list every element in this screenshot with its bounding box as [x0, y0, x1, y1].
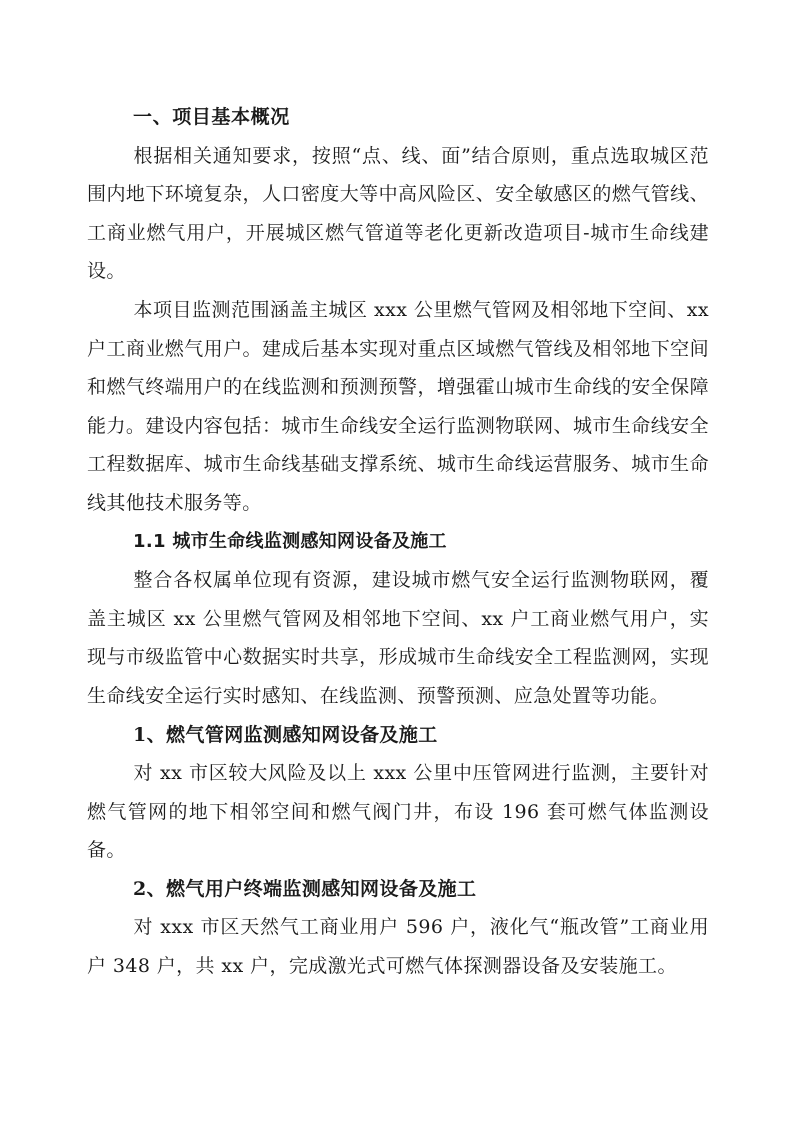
paragraph-scope: 本项目监测范围涵盖主城区 xxx 公里燃气管网及相邻地下空间、xx 户工商业燃气…	[87, 291, 709, 523]
paragraph-background: 根据相关通知要求，按照“点、线、面”结合原则，重点选取城区范围内地下环境复杂，人…	[87, 137, 709, 291]
item-body-user-terminal: 对 xxx 市区天然气工商业用户 596 户，液化气“瓶改管”工商业用户 348…	[87, 908, 709, 985]
item-body-pipeline: 对 xx 市区较大风险及以上 xxx 公里中压管网进行监测，主要针对燃气管网的地…	[87, 754, 709, 870]
item-title-pipeline: 1、燃气管网监测感知网设备及施工	[87, 716, 709, 755]
item-title-user-terminal: 2、燃气用户终端监测感知网设备及施工	[87, 870, 709, 909]
document-page: 一、项目基本概况 根据相关通知要求，按照“点、线、面”结合原则，重点选取城区范围…	[87, 98, 709, 986]
subsection-heading: 1.1 城市生命线监测感知网设备及施工	[87, 523, 709, 562]
paragraph-subsection: 整合各权属单位现有资源，建设城市燃气安全运行监测物联网，覆盖主城区 xx 公里燃…	[87, 561, 709, 715]
section-heading: 一、项目基本概况	[87, 98, 709, 137]
